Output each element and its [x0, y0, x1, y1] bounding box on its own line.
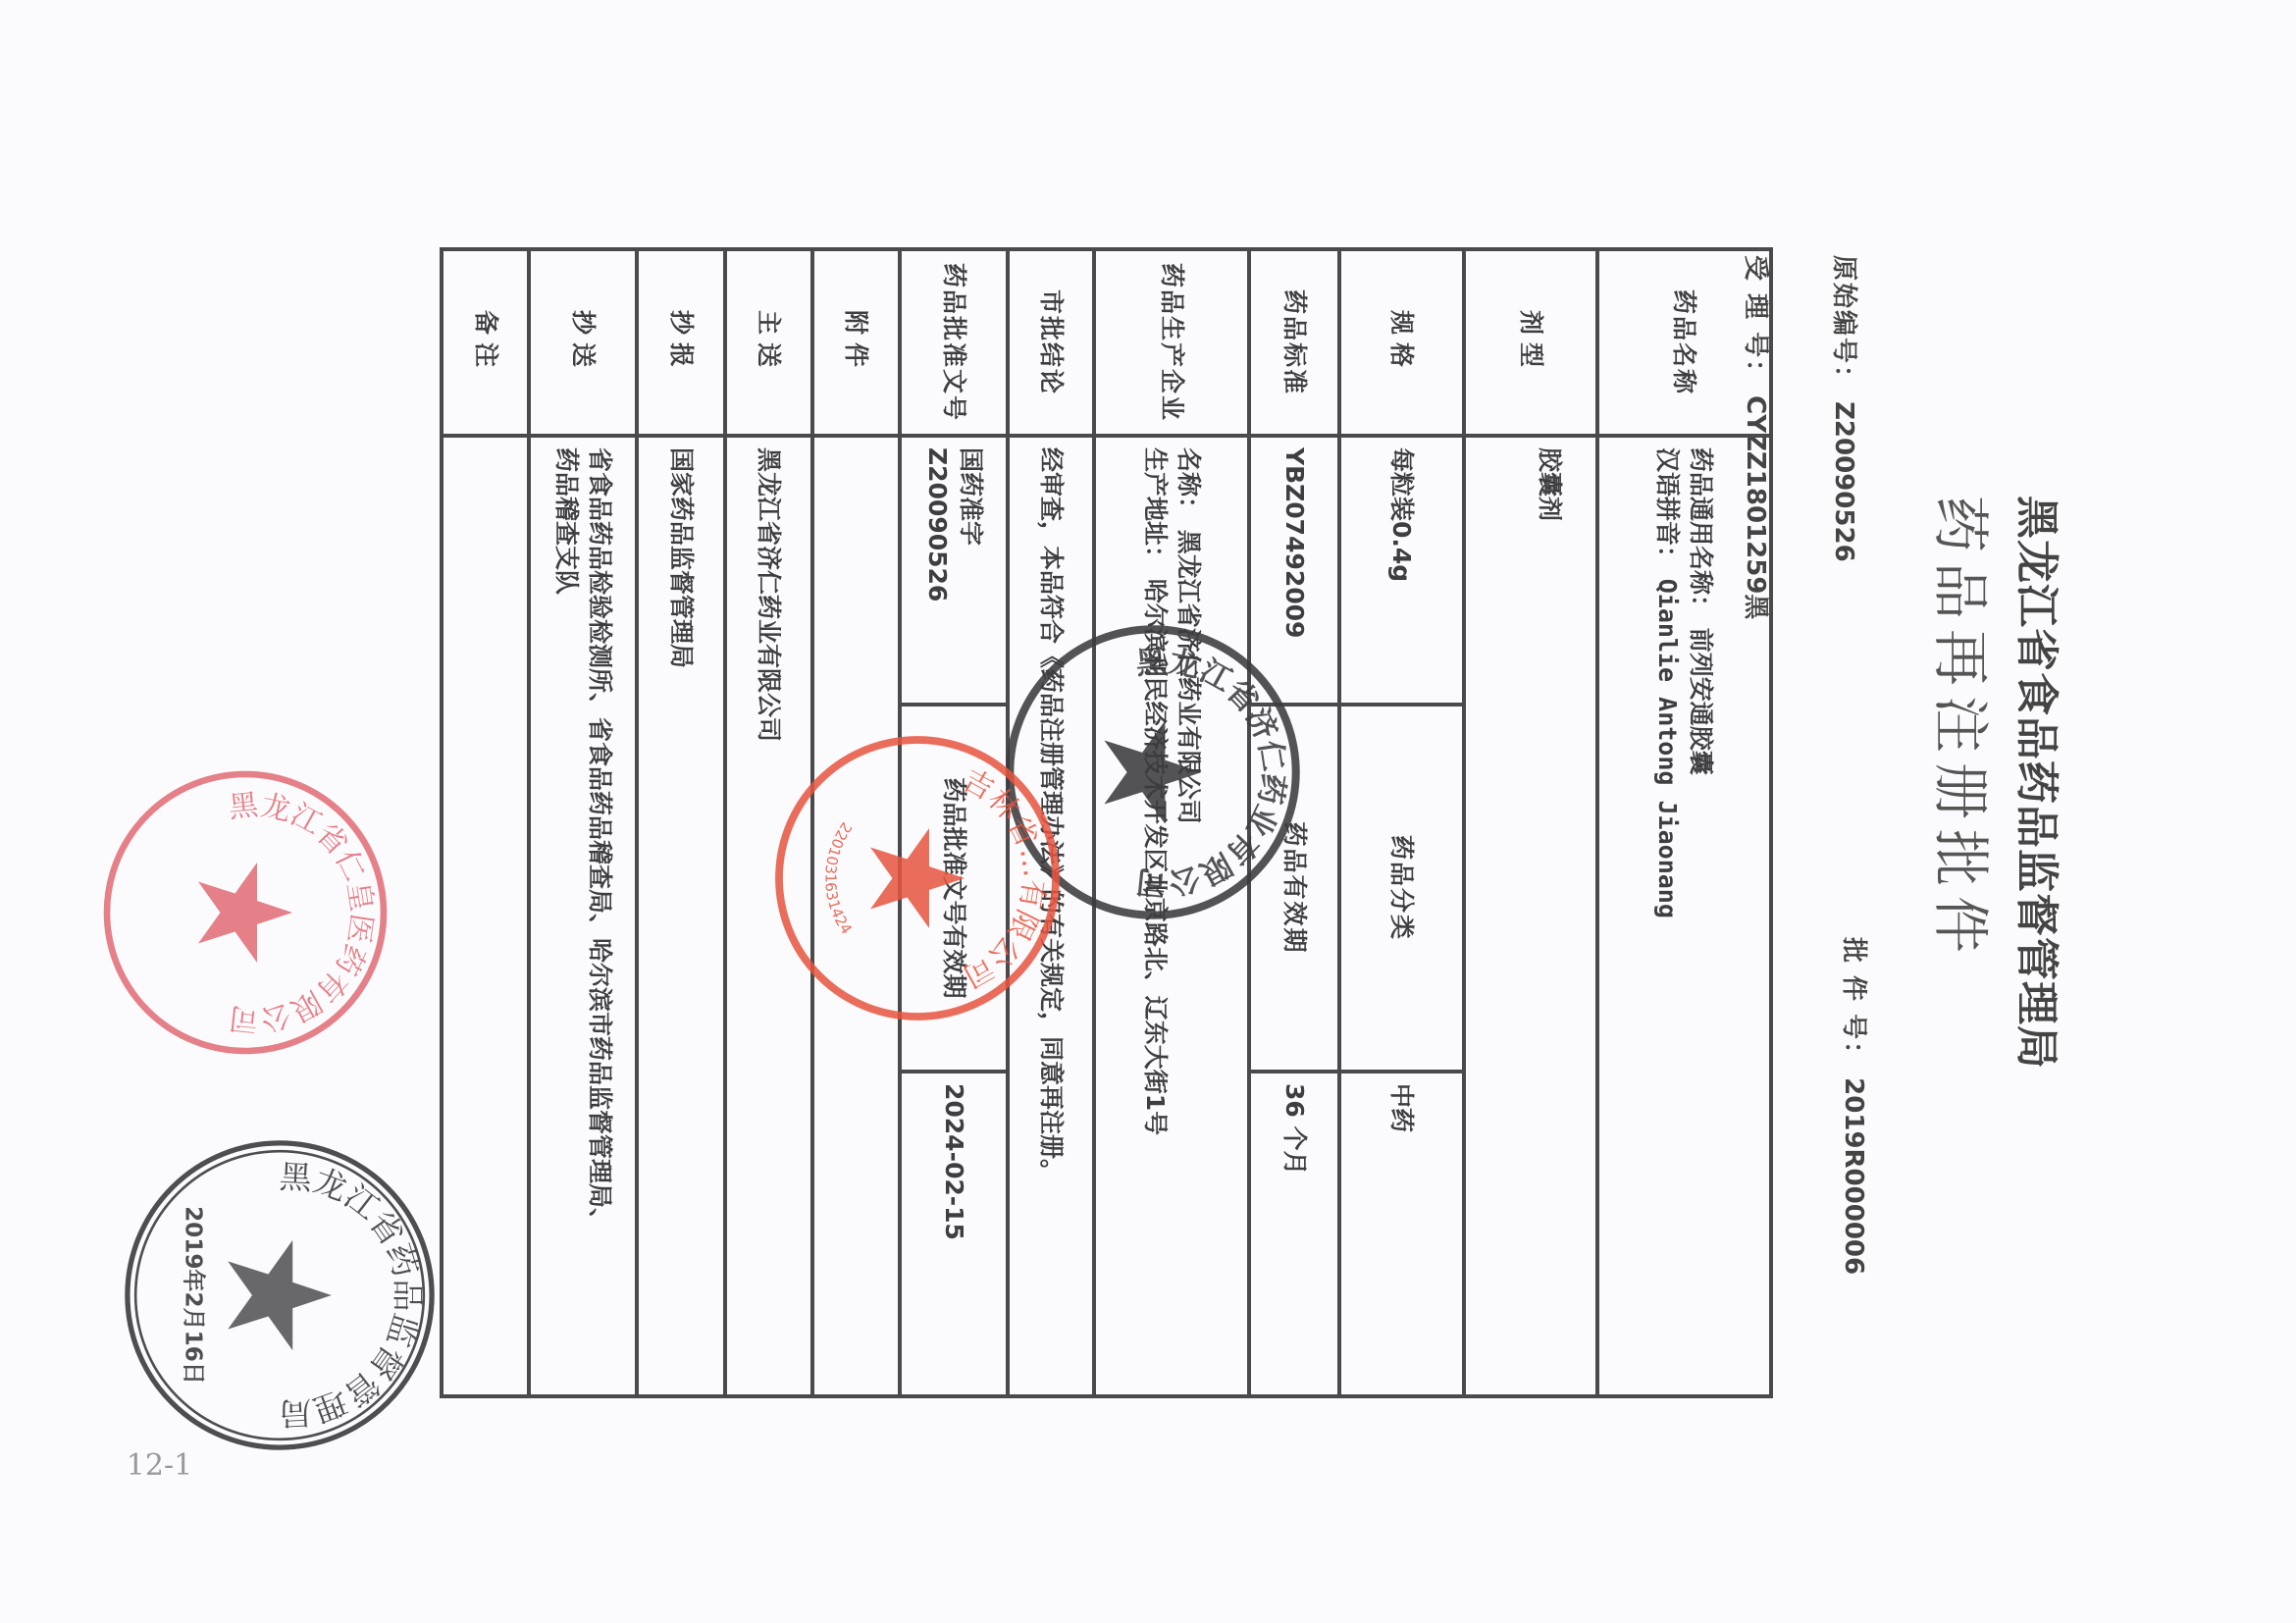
manufacturer-cell: 名称： 黑龙江省济仁药业有限公司 生产地址： 哈尔滨利民经济技术开发区北京路北、…	[1094, 436, 1249, 1396]
generic-name-value: 前列安通胶囊	[1687, 628, 1715, 775]
approval-number: 批 件 号： 2019R000006	[1838, 937, 1874, 1275]
table-row: 抄送 省食品药品检验检测所、省食品药品稽查局、哈尔滨市药品监督管理局、 药品稽查…	[529, 249, 637, 1396]
svg-text:黑龙江省药品监督管理局: 黑龙江省药品监督管理局	[279, 1157, 427, 1433]
svg-text:2019年2月16日: 2019年2月16日	[180, 1206, 206, 1385]
manufacturer-name-label: 名称：	[1174, 447, 1203, 521]
approval-number-label: 批 件 号：	[1839, 937, 1868, 1069]
drug-standard-label: 药品标准	[1249, 249, 1339, 436]
drug-name-cell: 药品通用名称： 前列安通胶囊 汉语拼音： Qianlie Antong Jiao…	[1597, 436, 1771, 1396]
cc-report-value: 国家药品监督管理局	[637, 436, 724, 1396]
remarks-value	[442, 436, 529, 1396]
cc-send-line2: 药品稽查支队	[550, 447, 584, 1385]
table-row: 药品名称 药品通用名称： 前列安通胶囊 汉语拼音： Qianlie Antong…	[1597, 249, 1771, 1396]
main-recipient-label: 主送	[725, 249, 812, 436]
registration-table: 药品名称 药品通用名称： 前列安通胶囊 汉语拼音： Qianlie Antong…	[440, 247, 1773, 1398]
seal-star-icon: 黑龙江省药品监督管理局 2019年2月16日	[118, 1133, 442, 1457]
drug-standard-value: YBZ07492009	[1249, 436, 1339, 705]
municipal-conclusion-value: 经审查，本品符合《药品注册管理办法》的有关规定，同意再注册。	[1008, 436, 1094, 1396]
issuer-title: 黑龙江省食品药品监督管理局	[2009, 496, 2072, 1084]
shelf-life-value: 36 个月	[1249, 1072, 1339, 1396]
table-row: 规格 每粒装0.4g 药品分类 中药	[1339, 249, 1464, 1396]
issuing-authority-seal: 黑龙江省药品监督管理局 2019年2月16日	[118, 1133, 442, 1457]
specification-value: 每粒装0.4g	[1339, 436, 1464, 705]
original-number-value: Z20090526	[1829, 401, 1858, 562]
approval-validity-value: 2024-02-15	[900, 1072, 1008, 1396]
table-row: 药品批准文号 国药准字Z20090526 药品批准文号有效期 2024-02-1…	[900, 249, 1008, 1396]
cc-send-line1: 省食品药品检验检测所、省食品药品稽查局、哈尔滨市药品监督管理局、	[583, 447, 616, 1385]
seal-star-icon: 黑龙江省仁皇医药有限公司	[98, 765, 392, 1060]
table-row: 药品标准 YBZ07492009 药品有效期 36 个月	[1249, 249, 1339, 1396]
table-row: 备注	[442, 249, 529, 1396]
manufacturer-address-value: 哈尔滨利民经济技术开发区北京路北、辽东大街1号	[1141, 579, 1170, 1135]
table-row: 抄报 国家药品监督管理局	[637, 249, 724, 1396]
pinyin-label: 汉语拼音：	[1653, 447, 1682, 570]
attachment-label: 附件	[812, 249, 900, 436]
table-row: 附件	[812, 249, 900, 1396]
manufacturer-label: 药品生产企业	[1094, 249, 1249, 436]
manufacturer-address-label: 生产地址：	[1141, 447, 1170, 570]
heilongjiang-renhuang-seal: 黑龙江省仁皇医药有限公司	[98, 765, 392, 1060]
table-row: 市批结论 经审查，本品符合《药品注册管理办法》的有关规定，同意再注册。	[1008, 249, 1094, 1396]
dosage-form-value: 胶囊剂	[1464, 436, 1596, 1396]
approval-validity-label: 药品批准文号有效期	[900, 705, 1008, 1072]
svg-text:黑龙江省仁皇医药有限公司: 黑龙江省仁皇医药有限公司	[228, 788, 380, 1037]
main-recipient-value: 黑龙江省济仁药业有限公司	[725, 436, 812, 1396]
approval-document-page: 黑龙江省食品药品监督管理局 药品再注册批件 原始编号： Z20090526 批 …	[0, 0, 2296, 1623]
approval-document-number-value: 国药准字Z20090526	[900, 436, 1008, 705]
approval-document-number-label: 药品批准文号	[900, 249, 1008, 436]
shelf-life-label: 药品有效期	[1249, 705, 1339, 1072]
specification-label: 规格	[1339, 249, 1464, 436]
handwritten-note: 12-1	[127, 1448, 192, 1483]
drug-category-value: 中药	[1339, 1072, 1464, 1396]
approval-number-value: 2019R000006	[1839, 1077, 1868, 1275]
remarks-label: 备注	[442, 249, 529, 436]
drug-name-label: 药品名称	[1597, 249, 1771, 436]
cc-send-label: 抄送	[529, 249, 637, 436]
municipal-conclusion-label: 市批结论	[1008, 249, 1094, 436]
manufacturer-name-value: 黑龙江省济仁药业有限公司	[1174, 530, 1203, 824]
original-number-label: 原始编号：	[1829, 255, 1858, 393]
document-title: 药品再注册批件	[1924, 496, 2007, 1084]
cc-send-cell: 省食品药品检验检测所、省食品药品稽查局、哈尔滨市药品监督管理局、 药品稽查支队	[529, 436, 637, 1396]
cc-report-label: 抄报	[637, 249, 724, 436]
table-row: 药品生产企业 名称： 黑龙江省济仁药业有限公司 生产地址： 哈尔滨利民经济技术开…	[1094, 249, 1249, 1396]
dosage-form-label: 剂型	[1464, 249, 1596, 436]
generic-name-label: 药品通用名称：	[1687, 447, 1715, 619]
attachment-value	[812, 436, 900, 1396]
drug-category-label: 药品分类	[1339, 705, 1464, 1072]
table-row: 主送 黑龙江省济仁药业有限公司	[725, 249, 812, 1396]
table-row: 剂型 胶囊剂	[1464, 249, 1596, 1396]
pinyin-value: Qianlie Antong Jiaonang	[1653, 579, 1682, 918]
original-number: 原始编号： Z20090526	[1828, 255, 1864, 562]
